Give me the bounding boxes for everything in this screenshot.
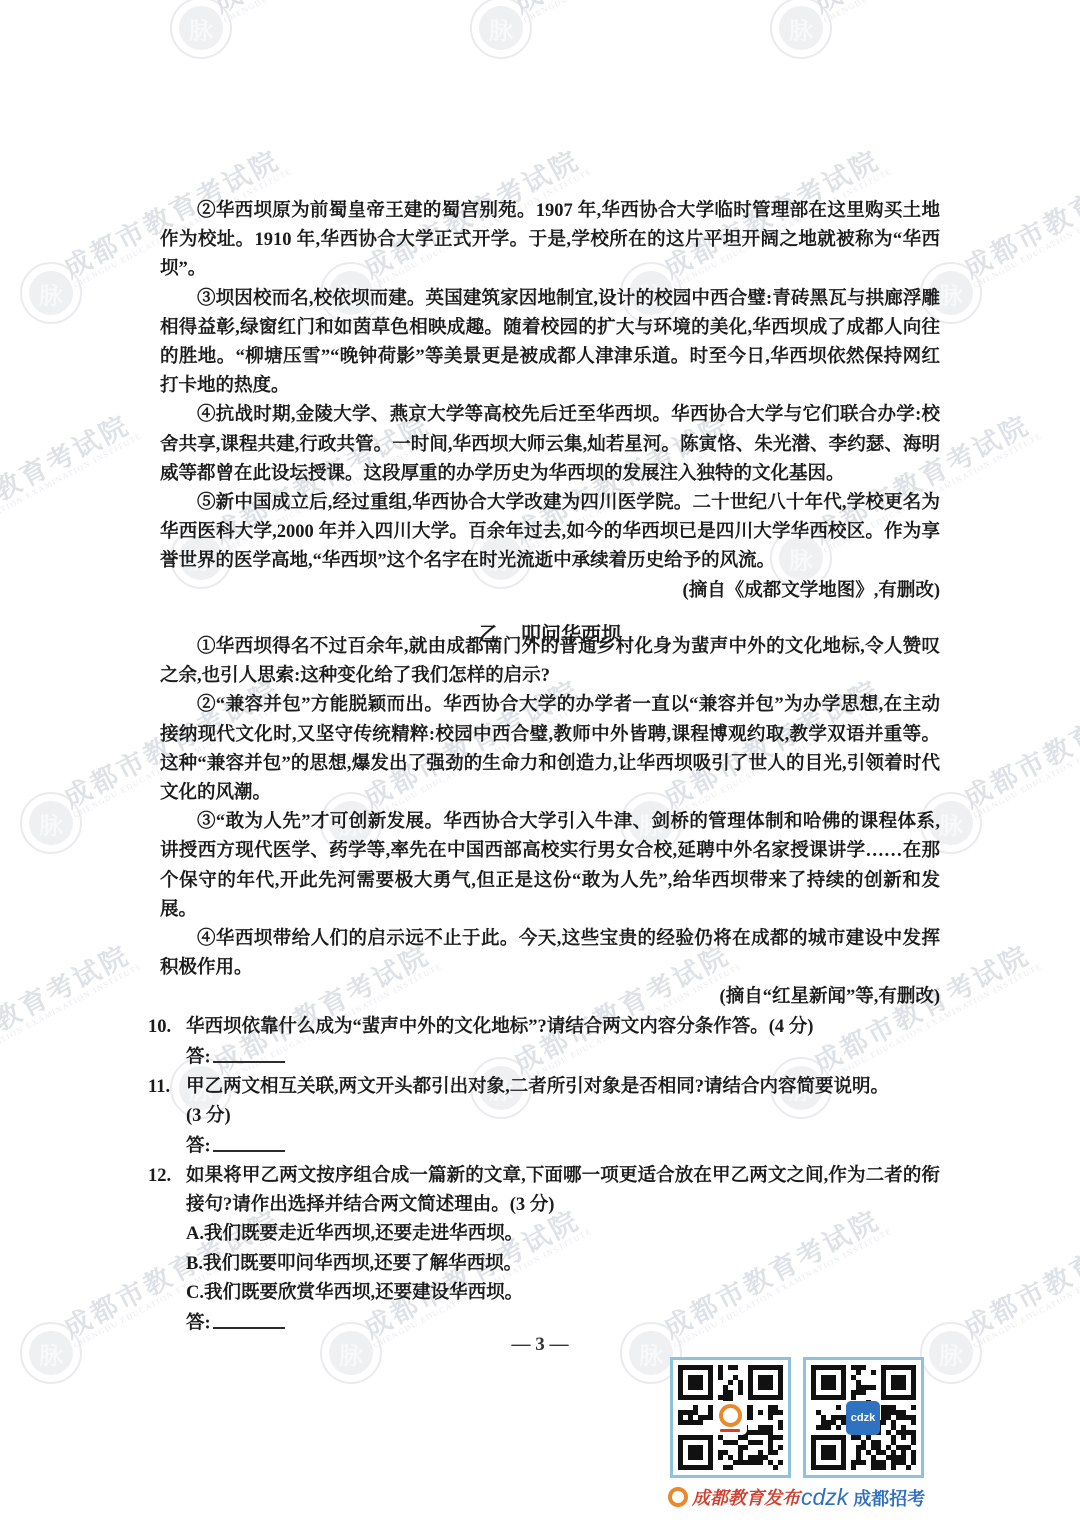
question-11-answer-line: 答: xyxy=(186,1131,940,1162)
watermark-tile: 脉成都市教育考试院CHENGDU EDUCATION EXAMINATION I… xyxy=(0,0,210,165)
orange-ring-icon xyxy=(668,1487,688,1507)
question-12-number: 12. xyxy=(148,1162,171,1191)
question-10-text: 华西坝依靠什么成为“蜚声中外的文化地标”?请结合两文内容分条作答。(4 分) xyxy=(186,1017,813,1037)
qr-left-caption: 成都教育发布 xyxy=(668,1484,792,1512)
qr-left-center-logo xyxy=(713,1401,747,1435)
option-b: B.我们既要叩问华西坝,还要了解华西坝。 xyxy=(186,1250,940,1279)
answer-blank xyxy=(213,1131,285,1152)
cdzk-logo: cdzk xyxy=(846,1401,880,1435)
answer-blank xyxy=(213,1308,285,1329)
cdzk-logo-text: cdzk xyxy=(801,1484,848,1511)
watermark-tile: 脉成都市教育考试院CHENGDU EDUCATION EXAMINATION I… xyxy=(770,0,1080,165)
paragraph: ④华西坝带给人们的启示远不止于此。今天,这些宝贵的经验仍将在成都的城市建设中发挥… xyxy=(160,925,940,983)
watermark-text: 成都市教育考试院CHENGDU EDUCATION EXAMINATION IN… xyxy=(0,938,144,1086)
paragraph: ⑤新中国成立后,经过重组,华西协合大学改建为四川医学院。二十世纪八十年代,学校更… xyxy=(160,489,940,577)
passage-yi: ①华西坝得名不过百余年,就由成都南门外的普通乡村化身为蜚声中外的文化地标,令人赞… xyxy=(160,633,940,1013)
watermark-text: 成都市教育考试院CHENGDU EDUCATION EXAMINATION IN… xyxy=(959,143,1080,291)
question-12-options: A.我们既要走近华西坝,还要走进华西坝。 B.我们既要叩问华西坝,还要了解华西坝… xyxy=(186,1220,940,1308)
paragraph: ③“敢为人先”才可创新发展。华西协合大学引入牛津、剑桥的管理体制和哈佛的课程体系… xyxy=(160,808,940,925)
question-11-marks: (3 分) xyxy=(186,1102,940,1131)
qr-right-caption: cdzk成都招考 xyxy=(801,1484,925,1511)
question-10: 10.华西坝依靠什么成为“蜚声中外的文化地标”?请结合两文内容分条作答。(4 分… xyxy=(148,1013,940,1073)
watermark-seal-icon: 脉 xyxy=(20,792,82,854)
qr-block-left: 成都教育发布 xyxy=(668,1357,792,1512)
qr-right-label: 成都招考 xyxy=(853,1485,925,1511)
qr-right-center-logo: cdzk xyxy=(846,1401,880,1435)
question-11-number: 11. xyxy=(148,1073,170,1102)
watermark-seal-icon: 脉 xyxy=(470,0,532,59)
watermark-text: 成都市教育考试院CHENGDU EDUCATION EXAMINATION IN… xyxy=(809,0,1044,26)
question-11: 11.甲乙两文相互关联,两文开头都引出对象,二者所引对象是否相同?请结合内容简要… xyxy=(148,1073,940,1162)
option-a: A.我们既要走近华西坝,还要走进华西坝。 xyxy=(186,1220,940,1249)
watermark-text: 成都市教育考试院CHENGDU EDUCATION EXAMINATION IN… xyxy=(959,673,1080,821)
watermark-text: 成都市教育考试院CHENGDU EDUCATION EXAMINATION IN… xyxy=(0,408,144,556)
question-11-text: 甲乙两文相互关联,两文开头都引出对象,二者所引对象是否相同?请结合内容简要说明。 xyxy=(186,1077,889,1097)
question-10-number: 10. xyxy=(148,1013,171,1042)
paragraph: ②华西坝原为前蜀皇帝王建的蜀宫别苑。1907 年,华西协合大学临时管理部在这里购… xyxy=(160,197,940,285)
question-10-answer-line: 答: xyxy=(186,1042,940,1073)
orange-ring-icon xyxy=(719,1404,742,1427)
watermark-tile: 脉成都市教育考试院CHENGDU EDUCATION EXAMINATION I… xyxy=(920,1250,1080,1490)
watermark-tile: 脉成都市教育考试院CHENGDU EDUCATION EXAMINATION I… xyxy=(920,190,1080,430)
question-12-text: 如果将甲乙两文按序组合成一篇新的文章,下面哪一项更适合放在甲乙两文之间,作为二者… xyxy=(186,1166,940,1215)
paragraph: ④抗战时期,金陵大学、燕京大学等高校先后迁至华西坝。华西协合大学与它们联合办学:… xyxy=(160,401,940,489)
watermark-seal-icon: 脉 xyxy=(770,0,832,59)
watermark-text: 成都市教育考试院CHENGDU EDUCATION EXAMINATION IN… xyxy=(0,0,144,26)
answer-label: 答: xyxy=(186,1048,211,1068)
qr-left-label: 成都教育发布 xyxy=(692,1484,800,1510)
watermark-seal-icon: 脉 xyxy=(20,262,82,324)
watermark-seal-icon: 脉 xyxy=(170,0,232,59)
qr-code-right: cdzk xyxy=(803,1357,924,1478)
watermark-text: 成都市教育考试院CHENGDU EDUCATION EXAMINATION IN… xyxy=(209,0,444,26)
source-attribution: (摘自《成都文学地图》,有删改) xyxy=(160,577,940,606)
watermark-tile: 脉成都市教育考试院CHENGDU EDUCATION EXAMINATION I… xyxy=(470,0,810,165)
logo-text-mark xyxy=(720,1429,740,1432)
qr-code-left xyxy=(670,1357,791,1478)
option-c: C.我们既要欣赏华西坝,还要建设华西坝。 xyxy=(186,1279,940,1308)
answer-label: 答: xyxy=(186,1314,211,1334)
questions-section: 10.华西坝依靠什么成为“蜚声中外的文化地标”?请结合两文内容分条作答。(4 分… xyxy=(148,1013,940,1339)
answer-label: 答: xyxy=(186,1137,211,1157)
watermark-tile: 脉成都市教育考试院CHENGDU EDUCATION EXAMINATION I… xyxy=(920,720,1080,960)
source-attribution: (摘自“红星新闻”等,有删改) xyxy=(160,983,940,1012)
page-number: — 3 — xyxy=(0,1334,1080,1356)
watermark-tile: 脉成都市教育考试院CHENGDU EDUCATION EXAMINATION I… xyxy=(170,0,510,165)
watermark-text: 成都市教育考试院CHENGDU EDUCATION EXAMINATION IN… xyxy=(509,0,744,26)
watermark-text: 成都市教育考试院CHENGDU EDUCATION EXAMINATION IN… xyxy=(959,1203,1080,1351)
exam-page: 脉成都市教育考试院CHENGDU EDUCATION EXAMINATION I… xyxy=(0,0,1080,1528)
question-12: 12.如果将甲乙两文按序组合成一篇新的文章,下面哪一项更适合放在甲乙两文之间,作… xyxy=(148,1162,940,1339)
answer-blank xyxy=(213,1042,285,1063)
passage-jia: ②华西坝原为前蜀皇帝王建的蜀宫别苑。1907 年,华西协合大学临时管理部在这里购… xyxy=(160,197,940,606)
paragraph: ①华西坝得名不过百余年,就由成都南门外的普通乡村化身为蜚声中外的文化地标,令人赞… xyxy=(160,633,940,691)
paragraph: ③坝因校而名,校依坝而建。英国建筑家因地制宜,设计的校园中西合璧:青砖黑瓦与拱廊… xyxy=(160,285,940,402)
qr-block-right: cdzk cdzk成都招考 xyxy=(801,1357,925,1511)
paragraph: ②“兼容并包”方能脱颖而出。华西协合大学的办学者一直以“兼容并包”为办学思想,在… xyxy=(160,691,940,808)
